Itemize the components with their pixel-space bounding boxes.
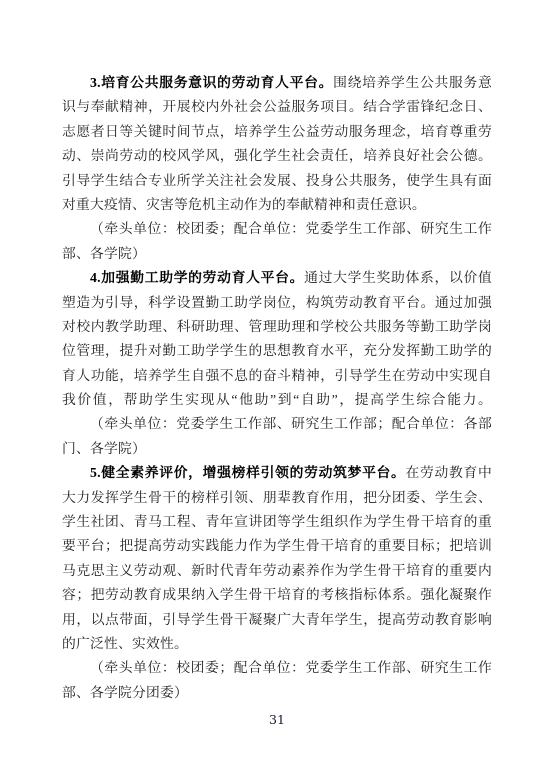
text-line: 志愿者日等关键时间节点，培养学生公益劳动服务理念，培育尊重劳 xyxy=(62,120,492,144)
document-text: 3.培育公共服务意识的劳动育人平台。围绕培养学生公共服务意 识与奉献精神，开展校… xyxy=(62,71,492,705)
text-line: 我价值，帮助学生实现从“他助”到“自助”，提高学生综合能力。 xyxy=(62,388,492,412)
section-item-3: 3.培育公共服务意识的劳动育人平台。围绕培养学生公共服务意 识与奉献精神，开展校… xyxy=(62,71,492,266)
attribution-line: 门、各学院） xyxy=(62,437,492,461)
text-line: 识与奉献精神，开展校内外社会公益服务项目。结合学雷锋纪念日、 xyxy=(62,95,492,119)
section-item-5: 5.健全素养评价，增强榜样引领的劳动筑梦平台。在劳动教育中 大力发挥学生骨干的榜… xyxy=(62,461,492,705)
text-line: 学生社团、青马工程、青年宣讲团等学生组织作为学生骨干培育的重 xyxy=(62,510,492,534)
text-line: 大力发挥学生骨干的榜样引领、朋辈教育作用，把分团委、学生会、 xyxy=(62,486,492,510)
page-number: 31 xyxy=(0,712,554,727)
text-run: 通过大学生奖助体系，以价值 xyxy=(304,270,492,285)
section-item-4: 4.加强勤工助学的劳动育人平台。通过大学生奖助体系，以价值 塑造为引导，科学设置… xyxy=(62,266,492,461)
text-line: 动、崇尚劳动的校风学风，强化学生社会责任，培养良好社会公德。 xyxy=(62,144,492,168)
text-line: 用，以点带面，引导学生骨干凝聚广大青年学生，提高劳动教育影响 xyxy=(62,608,492,632)
text-line: 对校内教学助理、科研助理、管理助理和学校公共服务等勤工助学岗 xyxy=(62,315,492,339)
attribution-line: （牵头单位：校团委；配合单位：党委学生工作部、研究生工作 xyxy=(62,656,492,680)
item-4-heading: 4.加强勤工助学的劳动育人平台。 xyxy=(90,270,304,285)
text-run: 围绕培养学生公共服务意 xyxy=(333,75,492,90)
text-line: 引导学生结合专业所学关注社会发展、投身公共服务，使学生具有面 xyxy=(62,169,492,193)
text-run: 在劳动教育中 xyxy=(406,465,492,480)
text-line: 容；把劳动教育成果纳入学生骨干培育的考核指标体系。强化凝聚作 xyxy=(62,583,492,607)
item-3-heading: 3.培育公共服务意识的劳动育人平台。 xyxy=(90,75,333,90)
document-page: 3.培育公共服务意识的劳动育人平台。围绕培养学生公共服务意 识与奉献精神，开展校… xyxy=(0,0,554,784)
text-line: 4.加强勤工助学的劳动育人平台。通过大学生奖助体系，以价值 xyxy=(62,266,492,290)
item-5-heading: 5.健全素养评价，增强榜样引领的劳动筑梦平台。 xyxy=(90,465,406,480)
text-line: 的广泛性、实效性。 xyxy=(62,632,492,656)
text-line: 3.培育公共服务意识的劳动育人平台。围绕培养学生公共服务意 xyxy=(62,71,492,95)
attribution-line: 部、各学院分团委） xyxy=(62,681,492,705)
attribution-line: （牵头单位：校团委；配合单位：党委学生工作部、研究生工作 xyxy=(62,217,492,241)
text-line: 马克思主义劳动观、新时代青年劳动素养作为学生骨干培育的重要内 xyxy=(62,559,492,583)
text-line: 要平台；把提高劳动实践能力作为学生骨干培育的重要目标；把培训 xyxy=(62,534,492,558)
text-line: 塑造为引导，科学设置勤工助学岗位，构筑劳动教育平台。通过加强 xyxy=(62,291,492,315)
attribution-line: （牵头单位：党委学生工作部、研究生工作部；配合单位：各部 xyxy=(62,412,492,436)
text-line: 5.健全素养评价，增强榜样引领的劳动筑梦平台。在劳动教育中 xyxy=(62,461,492,485)
text-line: 对重大疫情、灾害等危机主动作为的奉献精神和责任意识。 xyxy=(62,193,492,217)
text-line: 位管理，提升对勤工助学学生的思想教育水平，充分发挥勤工助学的 xyxy=(62,339,492,363)
text-line: 育人功能，培养学生自强不息的奋斗精神，引导学生在劳动中实现自 xyxy=(62,364,492,388)
attribution-line: 部、各学院） xyxy=(62,242,492,266)
